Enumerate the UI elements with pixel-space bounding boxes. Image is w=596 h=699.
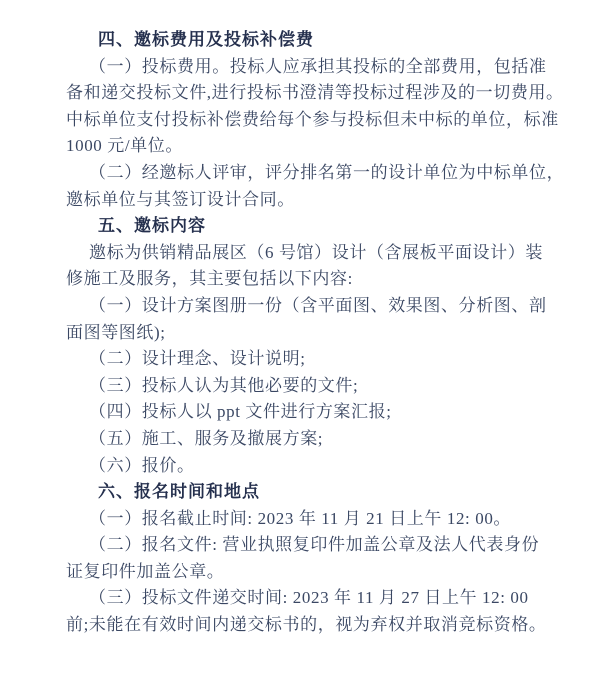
body-text-line: 证复印件加盖公章。 bbox=[66, 559, 538, 586]
body-text-line: 修施工及服务，其主要包括以下内容: bbox=[66, 266, 538, 293]
body-text-line: （二）经邀标人评审，评分排名第一的设计单位为中标单位， bbox=[66, 160, 538, 187]
body-text-line: （一）报名截止时间: 2023 年 11 月 21 日上午 12: 00。 bbox=[66, 506, 538, 533]
document-body: 四、邀标费用及投标补偿费（一）投标费用。投标人应承担其投标的全部费用，包括准备和… bbox=[0, 0, 596, 639]
document-page: 四、邀标费用及投标补偿费（一）投标费用。投标人应承担其投标的全部费用，包括准备和… bbox=[0, 0, 596, 699]
body-text-line: （二）报名文件: 营业执照复印件加盖公章及法人代表身份 bbox=[66, 532, 538, 559]
section-heading: 四、邀标费用及投标补偿费 bbox=[66, 27, 538, 54]
body-text-line: （五）施工、服务及撤展方案; bbox=[66, 426, 538, 453]
body-text-line: 1000 元/单位。 bbox=[66, 133, 538, 160]
body-text-line: （三）投标人认为其他必要的文件; bbox=[66, 373, 538, 400]
body-text-line: （六）报价。 bbox=[66, 453, 538, 480]
body-text-line: 中标单位支付投标补偿费给每个参与投标但未中标的单位，标准 bbox=[66, 107, 538, 134]
section-heading: 五、邀标内容 bbox=[66, 213, 538, 240]
body-text-line: 面图等图纸); bbox=[66, 320, 538, 347]
body-text-line: （四）投标人以 ppt 文件进行方案汇报; bbox=[66, 399, 538, 426]
body-text-line: 备和递交投标文件,进行投标书澄清等投标过程涉及的一切费用。 bbox=[66, 80, 538, 107]
section-heading: 六、报名时间和地点 bbox=[66, 479, 538, 506]
body-text-line: 邀标单位与其签订设计合同。 bbox=[66, 187, 538, 214]
body-text-line: （二）设计理念、设计说明; bbox=[66, 346, 538, 373]
body-text-line: 前;未能在有效时间内递交标书的，视为弃权并取消竞标资格。 bbox=[66, 612, 538, 639]
body-text-line: （一）设计方案图册一份（含平面图、效果图、分析图、剖 bbox=[66, 293, 538, 320]
body-text-line: （三）投标文件递交时间: 2023 年 11 月 27 日上午 12: 00 bbox=[66, 585, 538, 612]
body-text-line: 邀标为供销精品展区（6 号馆）设计（含展板平面设计）装 bbox=[66, 240, 538, 267]
body-text-line: （一）投标费用。投标人应承担其投标的全部费用，包括准 bbox=[66, 54, 538, 81]
